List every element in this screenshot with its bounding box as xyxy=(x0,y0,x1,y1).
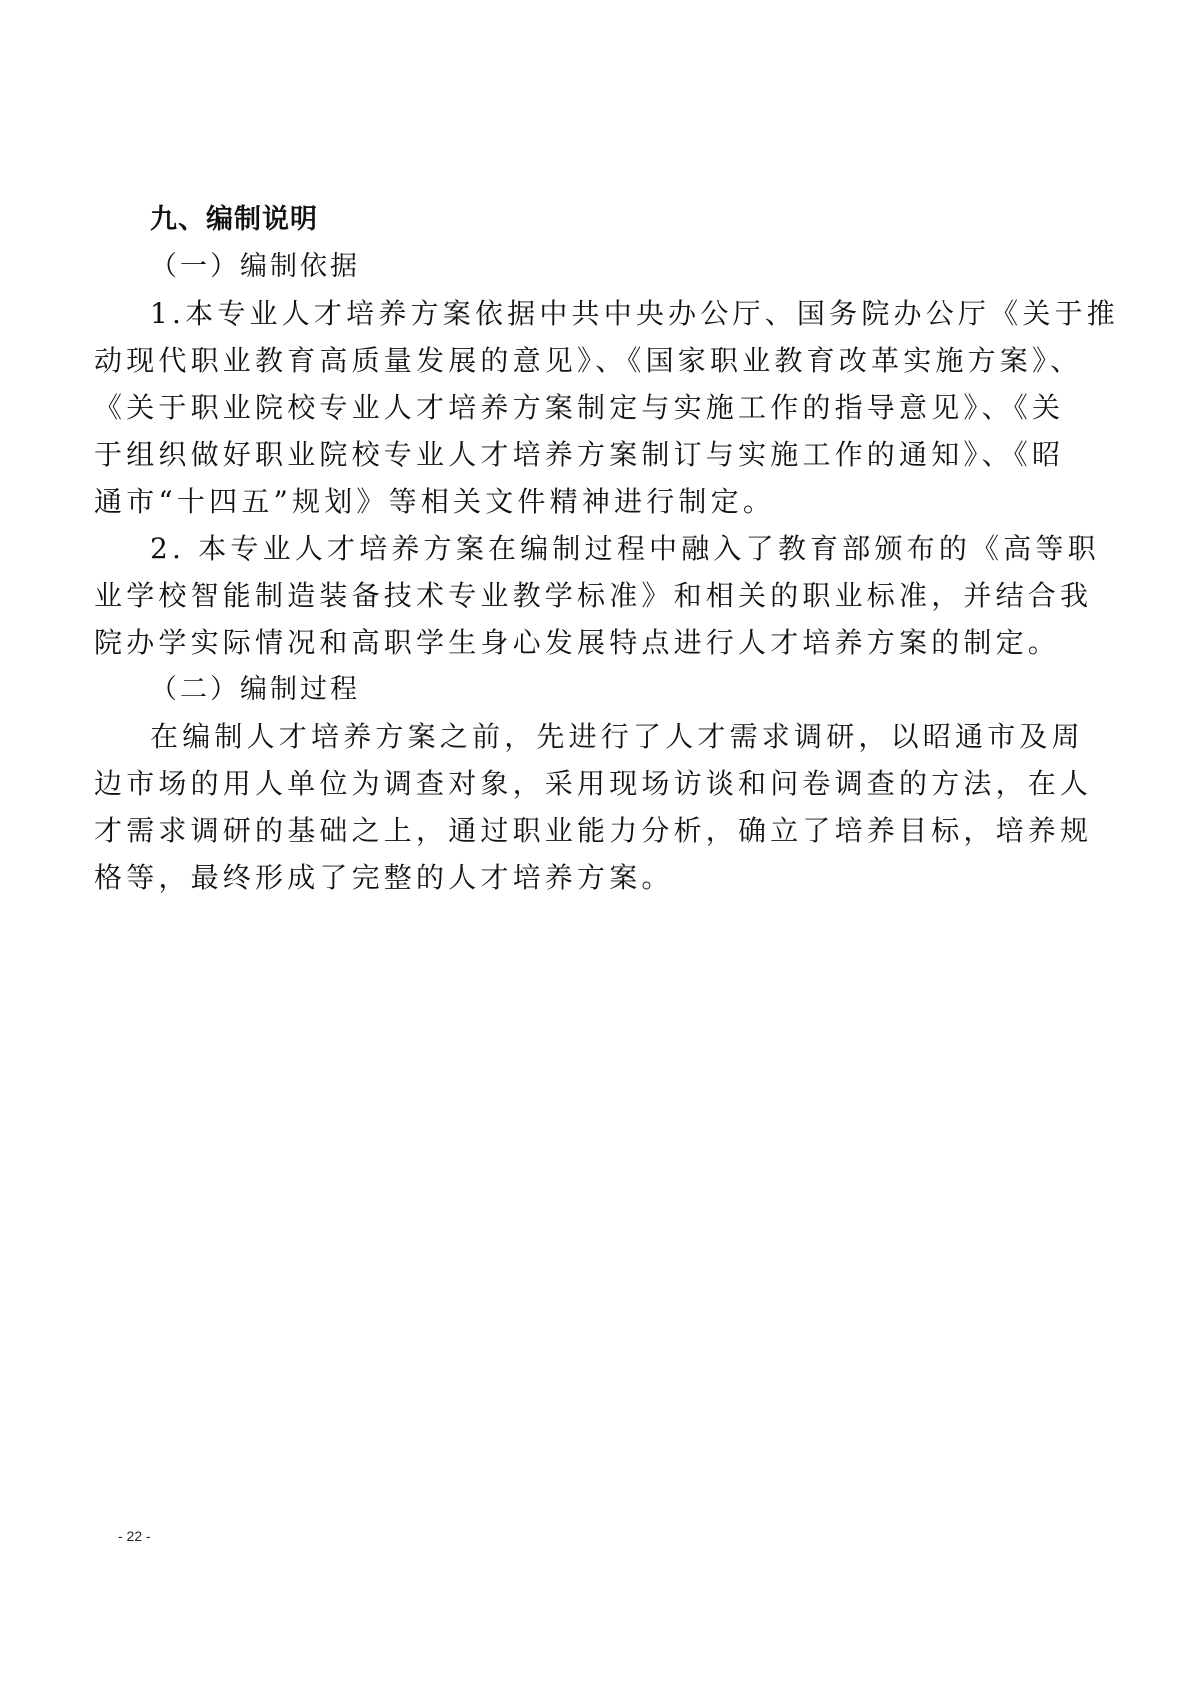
subsection-heading-basis: （一）编制依据 xyxy=(94,243,1094,290)
paragraph-line: 院办学实际情况和高职学生身心发展特点进行人才培养方案的制定。 xyxy=(94,619,1094,666)
paragraph-line: 才需求调研的基础之上，通过职业能力分析，确立了培养目标，培养规 xyxy=(94,807,1094,854)
paragraph-process: 在编制人才培养方案之前，先进行了人才需求调研，以昭通市及周 边市场的用人单位为调… xyxy=(94,713,1094,901)
paragraph-line: 2. 本专业人才培养方案在编制过程中融入了教育部颁布的《高等职 xyxy=(94,525,1094,572)
paragraph-line: 在编制人才培养方案之前，先进行了人才需求调研，以昭通市及周 xyxy=(94,713,1094,760)
paragraph-line: 通市“十四五”规划》等相关文件精神进行制定。 xyxy=(94,478,1094,525)
page-number: - 22 - xyxy=(118,1528,151,1544)
subsection-heading-process: （二）编制过程 xyxy=(94,666,1094,713)
document-page: 九、编制说明 （一）编制依据 1.本专业人才培养方案依据中共中央办公厅、国务院办… xyxy=(0,0,1191,1684)
paragraph-line: 1.本专业人才培养方案依据中共中央办公厅、国务院办公厅《关于推 xyxy=(94,290,1094,337)
paragraph-basis-2: 2. 本专业人才培养方案在编制过程中融入了教育部颁布的《高等职 业学校智能制造装… xyxy=(94,525,1094,666)
paragraph-line: 动现代职业教育高质量发展的意见》、《国家职业教育改革实施方案》、 xyxy=(94,337,1094,384)
paragraph-line: 业学校智能制造装备技术专业教学标准》和相关的职业标准，并结合我 xyxy=(94,572,1094,619)
paragraph-line: 格等，最终形成了完整的人才培养方案。 xyxy=(94,854,1094,901)
paragraph-line: 于组织做好职业院校专业人才培养方案制订与实施工作的通知》、《昭 xyxy=(94,431,1094,478)
paragraph-line: 《关于职业院校专业人才培养方案制定与实施工作的指导意见》、《关 xyxy=(94,384,1094,431)
paragraph-basis-1: 1.本专业人才培养方案依据中共中央办公厅、国务院办公厅《关于推 动现代职业教育高… xyxy=(94,290,1094,525)
section-heading: 九、编制说明 xyxy=(94,196,1094,243)
page-content: 九、编制说明 （一）编制依据 1.本专业人才培养方案依据中共中央办公厅、国务院办… xyxy=(94,196,1094,901)
paragraph-line: 边市场的用人单位为调查对象，采用现场访谈和问卷调查的方法，在人 xyxy=(94,760,1094,807)
